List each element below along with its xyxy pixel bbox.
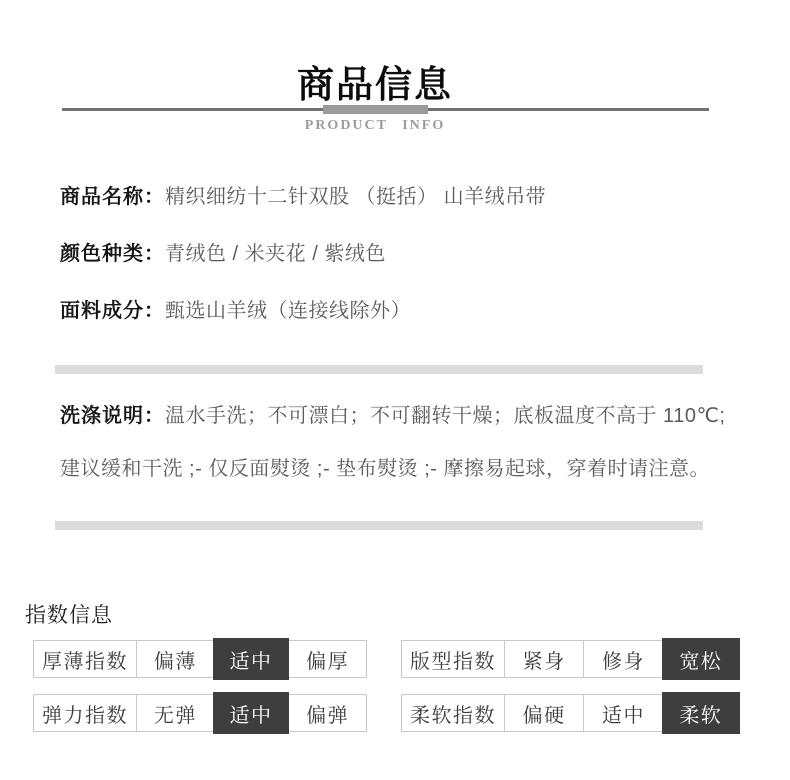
washing-text: 温水手洗；不可漂白；不可翻转干燥；底板温度不高于 110℃; [165, 405, 725, 427]
washing-label: 洗涤说明 [60, 405, 144, 427]
index-table-softness: 柔软指数 偏硬 适中 柔软 [401, 694, 740, 732]
index-option: 柔软 [662, 692, 740, 734]
detail-value: 青绒色 / 米夹花 / 紫绒色 [165, 243, 386, 265]
label-colon: ： [144, 405, 165, 427]
washing-instructions: 洗涤说明：温水手洗；不可漂白；不可翻转干燥；底板温度不高于 110℃; 建议缓和… [60, 403, 725, 509]
product-info-page: 商品信息 PRODUCT INFO 商品名称：精织细纺十二针双股 （挺括） 山羊… [0, 0, 790, 780]
index-table-label: 弹力指数 [34, 695, 136, 731]
index-table-label: 柔软指数 [402, 695, 504, 731]
label-colon: ： [144, 300, 165, 322]
title-underline [0, 105, 790, 114]
index-table-label: 厚薄指数 [34, 641, 136, 677]
washing-line-2: 建议缓和干洗 ;- 仅反面熨烫 ;- 垫布熨烫 ;- 摩擦易起球，穿着时请注意。 [60, 456, 725, 483]
index-table-thickness: 厚薄指数 偏薄 适中 偏厚 [33, 640, 367, 678]
index-section-heading: 指数信息 [25, 599, 113, 629]
detail-row-product-name: 商品名称：精织细纺十二针双股 （挺括） 山羊绒吊带 [60, 185, 546, 209]
detail-value: 精织细纺十二针双股 （挺括） 山羊绒吊带 [165, 186, 546, 208]
index-option: 适中 [213, 692, 290, 734]
detail-row-color-options: 颜色种类：青绒色 / 米夹花 / 紫绒色 [60, 242, 546, 266]
index-table-fit: 版型指数 紧身 修身 宽松 [401, 640, 740, 678]
index-option: 紧身 [504, 641, 583, 677]
index-option: 偏厚 [288, 641, 366, 677]
index-tables-grid: 厚薄指数 偏薄 适中 偏厚 版型指数 紧身 修身 宽松 弹力指数 无弹 适中 偏… [33, 640, 740, 732]
detail-label: 商品名称 [60, 186, 144, 208]
index-option: 适中 [583, 695, 662, 731]
section-divider [55, 365, 703, 374]
index-table-label: 版型指数 [402, 641, 504, 677]
washing-line-1: 洗涤说明：温水手洗；不可漂白；不可翻转干燥；底板温度不高于 110℃; [60, 403, 725, 430]
index-table-elasticity: 弹力指数 无弹 适中 偏弹 [33, 694, 367, 732]
index-option: 适中 [213, 638, 290, 680]
label-colon: ： [144, 186, 165, 208]
product-details: 商品名称：精织细纺十二针双股 （挺括） 山羊绒吊带 颜色种类：青绒色 / 米夹花… [60, 185, 546, 356]
index-option: 无弹 [136, 695, 214, 731]
section-divider [55, 521, 703, 530]
index-option: 宽松 [662, 638, 740, 680]
detail-label: 颜色种类 [60, 243, 144, 265]
underline-center-bar [323, 105, 428, 114]
washing-text: 建议缓和干洗 ;- 仅反面熨烫 ;- 垫布熨烫 ;- 摩擦易起球，穿着时请注意。 [60, 458, 710, 480]
index-option: 偏薄 [136, 641, 214, 677]
page-title: 商品信息 [0, 54, 750, 108]
detail-row-fabric-composition: 面料成分：甄选山羊绒（连接线除外） [60, 299, 546, 323]
label-colon: ： [144, 243, 165, 265]
index-option: 修身 [583, 641, 662, 677]
page-subtitle: PRODUCT INFO [0, 118, 750, 134]
detail-value: 甄选山羊绒（连接线除外） [165, 300, 411, 322]
index-option: 偏硬 [504, 695, 583, 731]
detail-label: 面料成分 [60, 300, 144, 322]
index-option: 偏弹 [288, 695, 366, 731]
